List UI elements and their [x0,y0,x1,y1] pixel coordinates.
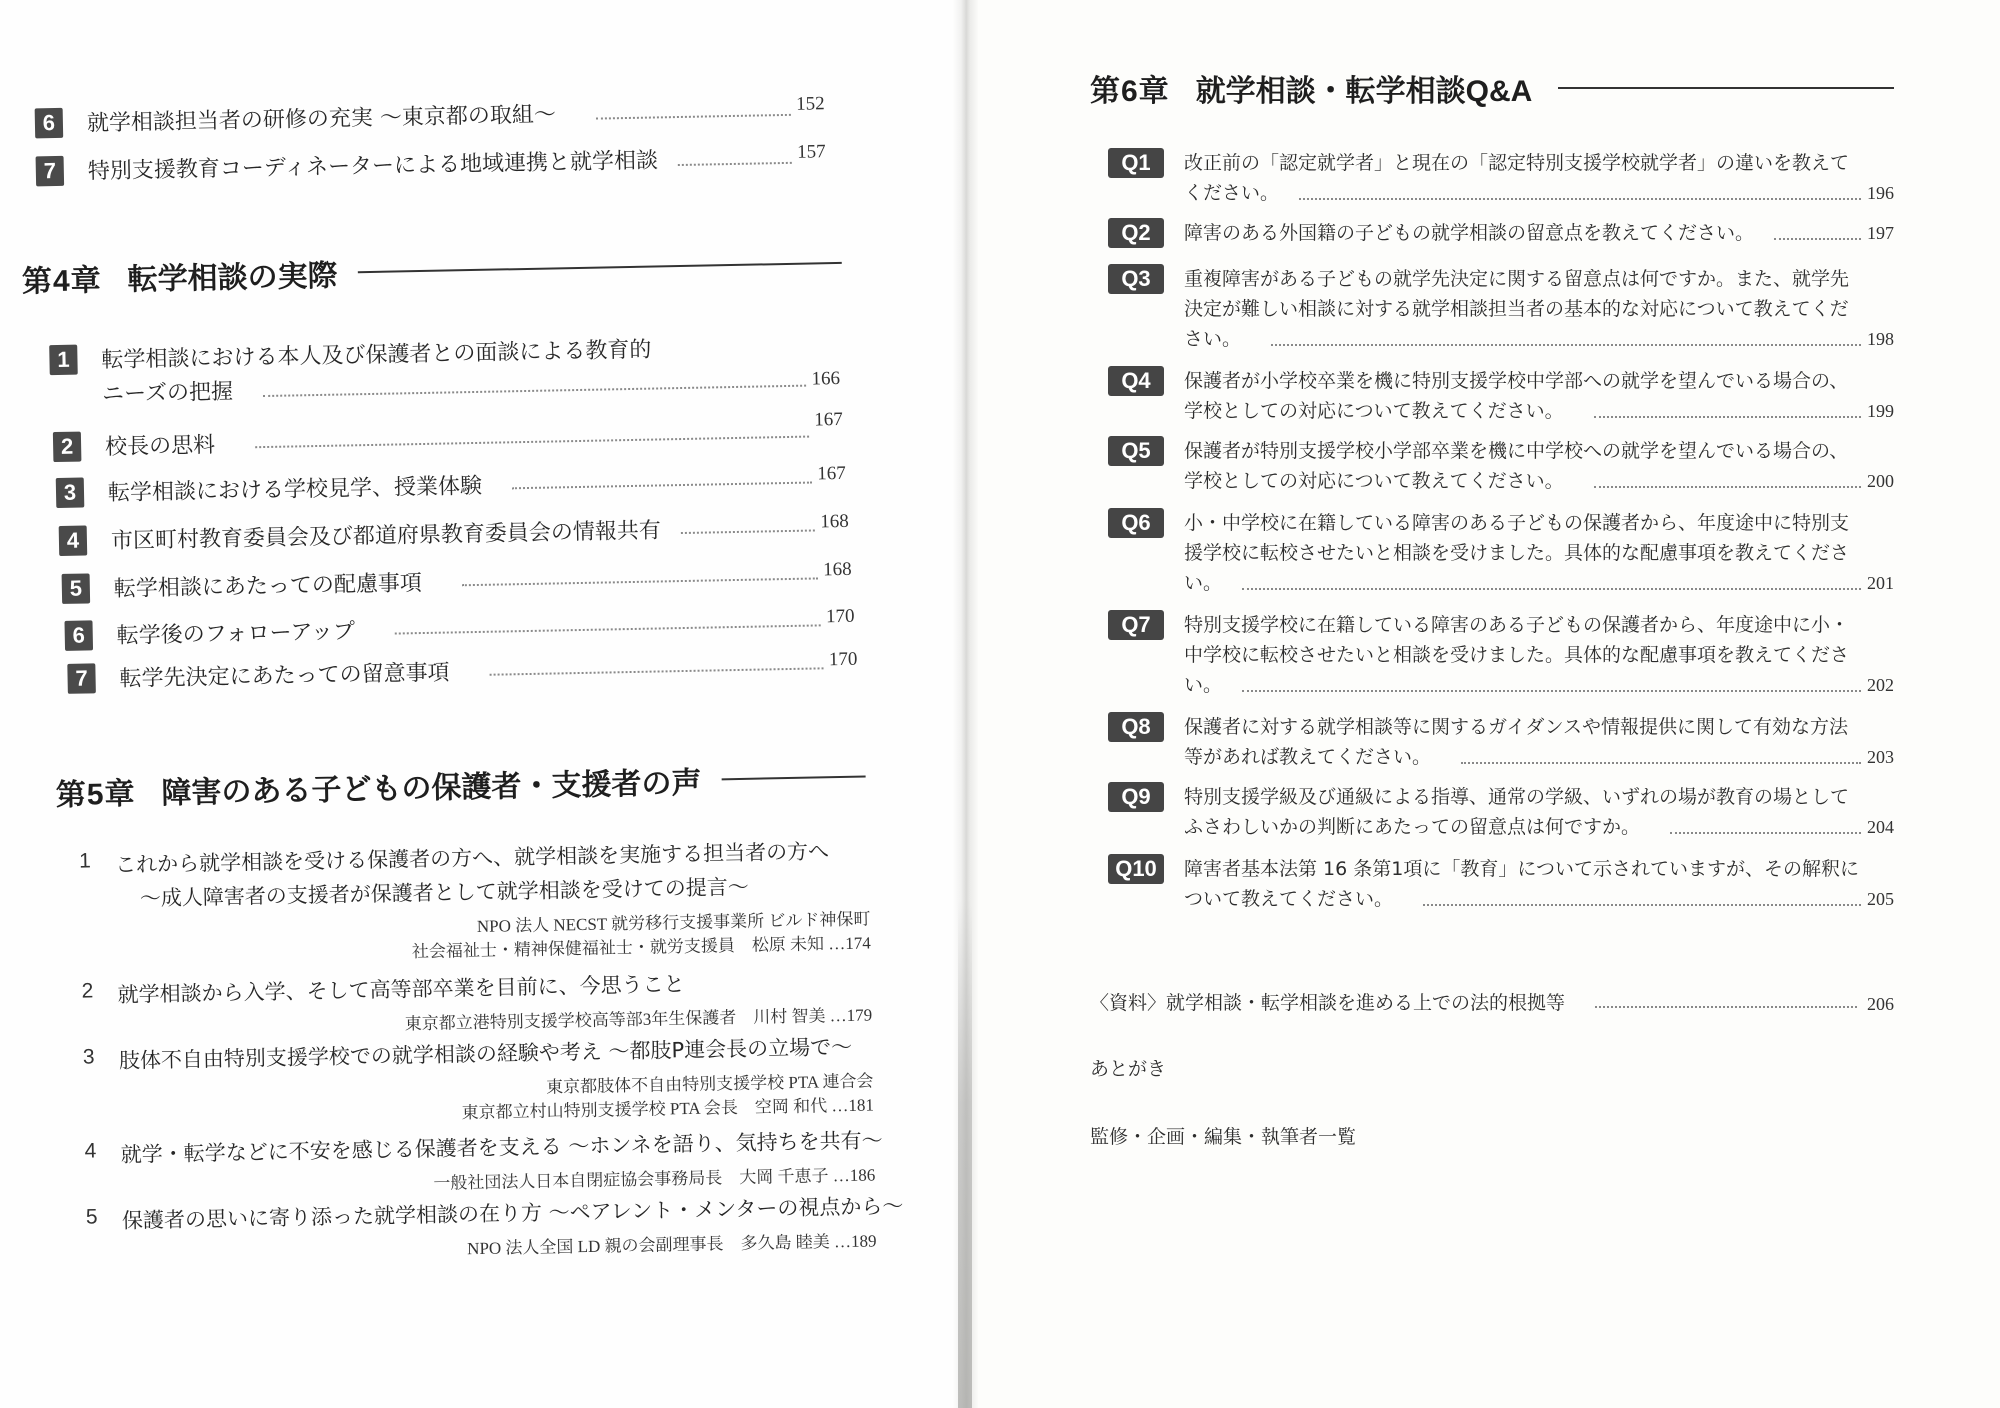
chapter-number: 第4章 [21,255,102,301]
dot-leader [1242,690,1861,692]
dot-leader [263,385,806,397]
author-name-page: NPO 法人全国 LD 親の会副理事長 多久島 睦美 …189 [467,1226,877,1259]
author-name-page: 東京都立村山特別支援学校 PTA 会長 空岡 和代 …181 [461,1090,874,1123]
question-text-line: 小・中学校に在籍している障害のある子どもの保護者から、年度途中に特別支 [1184,508,1849,538]
appendix-title: 〈資料〉就学相談・転学相談を進める上での法的根拠等 [1090,988,1565,1015]
chapter-heading: 第6章 就学相談・転学相談Q&A [1090,66,1894,110]
section-number-badge: 7 [36,156,65,187]
author-name-page: 一般社団法人日本自閉症協会事務局長 大岡 千恵子 …186 [433,1160,875,1193]
section-number-badge: 5 [62,573,91,604]
page-number: 205 [1867,884,1894,914]
page-number: 170 [829,649,858,672]
entry-number: 1 [79,849,91,873]
toc-entry[interactable]: 4 市区町村教育委員会及び都道府県教育委員会の情報共有 168 [59,511,850,560]
question-text-line: 障害のある外国籍の子どもの就学相談の留意点を教えてください。 [1184,218,1754,248]
question-text-line: 学校としての対応について教えてください。 [1184,396,1564,426]
dot-leader [395,624,820,634]
question-text-line: 援学校に転校させたいと相談を受けました。具体的な配慮事項を教えてくださ [1184,538,1849,568]
page-number: 204 [1867,812,1894,842]
question-text-line: ふさわしいかの判断にあたっての留意点は何ですか。 [1184,812,1640,842]
toc-entry-appendix[interactable]: 〈資料〉就学相談・転学相談を進める上での法的根拠等 206 [1090,988,1894,1015]
dot-leader [1299,198,1861,200]
chapter-rule [358,262,842,273]
chapter-number: 第5章 [55,769,136,815]
page-number: 196 [1867,178,1894,208]
page-number: 198 [1867,324,1894,354]
question-text-line: 改正前の「認定就学者」と現在の「認定特別支援学校就学者」の違いを教えて [1184,148,1849,178]
chapter-heading: 第4章 転学相談の実際 [21,241,842,301]
question-text-line: 特別支援学級及び通級による指導、通常の学級、いずれの場が教育の場として [1184,782,1849,812]
dot-leader [1594,486,1861,488]
entry-number: 4 [84,1139,96,1163]
dot-leader [678,162,791,166]
page-number: 201 [1867,568,1894,598]
page-number: 202 [1867,670,1894,700]
question-text-line: 重複障害がある子どもの就学先決定に関する留意点は何ですか。また、就学先 [1184,264,1849,294]
entry-number: 3 [83,1045,95,1069]
entry-number: 5 [86,1205,98,1229]
section-number-badge: 1 [49,345,78,376]
entry-title: 転学後のフォローアップ [116,615,355,654]
dot-leader [462,577,817,586]
question-badge: Q6 [1108,508,1164,538]
section-number-badge: 4 [59,525,88,556]
page-number: 206 [1867,994,1894,1015]
toc-entry[interactable]: 2 校長の思料 167 [53,417,844,466]
page-number: 152 [796,93,825,116]
afterword-title: あとがき [1090,1054,1166,1081]
toc-entry-afterword[interactable]: あとがき [1090,1054,1894,1081]
question-text-line: 障害者基本法第 16 条第1項に「教育」について示されていますが、その解釈に [1184,854,1859,884]
page-number: 167 [814,409,843,432]
section-number-badge: 6 [35,108,64,139]
chapter-rule [1558,87,1894,89]
chapter-rule [721,776,865,781]
question-badge: Q1 [1108,148,1164,178]
question-text-line: 決定が難しい相談に対する就学相談担当者の基本的な対応について教えてくだ [1184,294,1849,324]
question-badge: Q8 [1108,712,1164,742]
toc-entry[interactable]: 7 特別支援教育コーディネーターによる地域連携と就学相談 157 [36,141,827,190]
page-number: 200 [1867,466,1894,496]
entry-title: 市区町村教育委員会及び都道府県教育委員会の情報共有 [111,514,662,559]
page-number: 170 [826,606,855,629]
section-number-badge: 6 [64,620,93,651]
toc-entry[interactable]: 6 転学後のフォローアップ 170 [64,606,855,655]
dot-leader [681,529,814,534]
question-text-line: い。 [1184,568,1222,598]
question-badge: Q7 [1108,610,1164,640]
qa-entry[interactable]: Q8 保護者に対する就学相談等に関するガイダンスや情報提供に関して有効な方法 等… [1108,712,1894,772]
dot-leader [490,667,823,675]
entry-title-line2: ニーズの把握 [102,376,234,413]
section-number-badge: 2 [53,432,82,463]
author-name-page: 東京都立港特別支援学校高等部3年生保護者 川村 智美 …179 [405,1000,873,1034]
entry-number: 2 [81,979,93,1003]
question-text-line: 保護者が特別支援学校小学部卒業を機に中学校への就学を望んでいる場合の、 [1184,436,1848,466]
toc-entry[interactable]: 3 転学相談における学校見学、授業体験 167 [56,463,847,512]
dot-leader [1461,762,1861,764]
chapter-title: 障害のある子どもの保護者・支援者の声 [161,758,702,812]
toc-entry[interactable]: 1 これから就学相談を受ける保護者の方へ、就学相談を実施する担当者の方へ ～成人… [79,834,871,969]
qa-entry[interactable]: Q7 特別支援学校に在籍している障害のある子どもの保護者から、年度途中に小・ 中… [1108,610,1894,702]
question-badge: Q2 [1108,218,1164,248]
question-text-line: 保護者が小学校卒業を機に特別支援学校中学部への就学を望んでいる場合の、 [1184,366,1848,396]
dot-leader [1594,416,1861,418]
question-badge: Q4 [1108,366,1164,396]
dot-leader [1271,344,1861,346]
section-number-badge: 3 [56,478,85,509]
chapter-number: 第6章 [1090,66,1170,110]
page-number: 166 [811,368,840,391]
question-badge: Q5 [1108,436,1164,466]
toc-entry[interactable]: 5 保護者の思いに寄り添った就学相談の在り方 ～ペアレント・メンターの視点から～… [86,1190,877,1275]
question-text-line: 等があれば教えてください。 [1184,742,1431,772]
book-spread: 6 就学相談担当者の研修の充実 ～東京都の取組～ 152 7 特別支援教育コーデ… [0,0,2000,1408]
page-number: 197 [1867,218,1894,248]
qa-entry[interactable]: Q3 重複障害がある子どもの就学先決定に関する留意点は何ですか。また、就学先 決… [1108,264,1894,356]
qa-entry[interactable]: Q6 小・中学校に在籍している障害のある子どもの保護者から、年度途中に特別支 援… [1108,508,1894,600]
dot-leader [512,482,811,490]
question-text-line: ついて教えてください。 [1184,884,1393,914]
entry-title: 転学相談にあたっての配慮事項 [114,567,423,607]
qa-entry[interactable]: Q10 障害者基本法第 16 条第1項に「教育」について示されていますが、その解… [1108,854,1894,914]
section-number-badge: 7 [67,663,96,694]
question-badge: Q3 [1108,264,1164,294]
question-badge: Q9 [1108,782,1164,812]
entry-title: 就学相談から入学、そして高等部卒業を目前に、今思うこと [117,968,684,1009]
toc-entry[interactable]: 1 転学相談における本人及び保護者との面談による教育的 ニーズの把握 166 [49,330,840,421]
question-text-line: さい。 [1184,324,1241,354]
toc-entry[interactable]: 7 転学先決定にあたっての留意事項 170 [67,649,858,698]
qa-entry[interactable]: Q5 保護者が特別支援学校小学部卒業を機に中学校への就学を望んでいる場合の、 学… [1108,436,1894,496]
page-number: 168 [823,559,852,582]
chapter-title: 就学相談・転学相談Q&A [1196,66,1533,110]
entry-title: 転学相談における学校見学、授業体験 [108,470,483,511]
left-page-content: 6 就学相談担当者の研修の充実 ～東京都の取組～ 152 7 特別支援教育コーデ… [0,0,975,1408]
page-number: 199 [1867,396,1894,426]
entry-title: 転学先決定にあたっての留意事項 [119,657,450,697]
toc-entry[interactable]: 6 就学相談担当者の研修の充実 ～東京都の取組～ 152 [35,93,826,142]
contributors-title: 監修・企画・編集・執筆者一覧 [1090,1122,1356,1149]
entry-title: 校長の思料 [105,429,216,465]
chapter-title: 転学相談の実際 [127,251,338,299]
qa-entry[interactable]: Q2 障害のある外国籍の子どもの就学相談の留意点を教えてください。197 [1108,218,1894,248]
entry-subtitle: ～成人障害者の支援者が保護者として就学相談を受けての提言～ [140,871,749,913]
question-text-line: い。 [1184,670,1222,700]
toc-entry-contributors[interactable]: 監修・企画・編集・執筆者一覧 [1090,1122,1894,1149]
dot-leader [596,114,791,120]
question-text-line: 中学校に転校させたいと相談を受けました。具体的な配慮事項を教えてくださ [1184,640,1849,670]
qa-entry[interactable]: Q9 特別支援学級及び通級による指導、通常の学級、いずれの場が教育の場として ふ… [1108,782,1894,842]
page-number: 168 [820,511,849,534]
question-badge: Q10 [1108,854,1164,884]
page-number: 157 [797,141,826,164]
entry-title: 就学相談担当者の研修の充実 ～東京都の取組～ [87,98,557,141]
qa-entry[interactable]: Q4 保護者が小学校卒業を機に特別支援学校中学部への就学を望んでいる場合の、 学… [1108,366,1894,426]
qa-entry[interactable]: Q1 改正前の「認定就学者」と現在の「認定特別支援学校就学者」の違いを教えて く… [1108,148,1894,208]
dot-leader [1774,238,1861,240]
dot-leader [1423,904,1861,906]
page-number: 167 [817,463,846,486]
question-text-line: 学校としての対応について教えてください。 [1184,466,1564,496]
dot-leader [255,436,808,449]
dot-leader [1670,832,1861,834]
chapter-heading: 第5章 障害のある子どもの保護者・支援者の声 [55,755,866,815]
right-page [968,0,2000,1408]
question-text-line: 保護者に対する就学相談等に関するガイダンスや情報提供に関して有効な方法 [1184,712,1848,742]
question-text-line: 特別支援学校に在籍している障害のある子どもの保護者から、年度途中に小・ [1184,610,1849,640]
dot-leader [1595,1006,1857,1008]
toc-entry[interactable]: 5 転学相談にあたっての配慮事項 168 [62,559,853,608]
entry-title: 特別支援教育コーディネーターによる地域連携と就学相談 [88,144,659,189]
dot-leader [1242,588,1861,590]
question-text-line: ください。 [1184,178,1279,208]
page-number: 203 [1867,742,1894,772]
